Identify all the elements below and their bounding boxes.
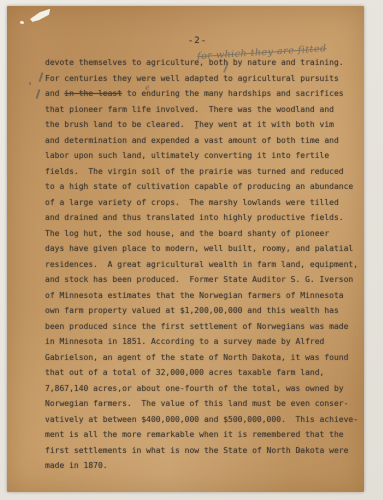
typed-text: days have given place to modern, well bu… [45,244,353,253]
typed-text: 7,867,140 acres,or about one-fourth of t… [45,384,344,393]
pencil-margin-mark [35,89,40,99]
typed-line: ment is all the more remarkable when it … [45,427,360,443]
typed-text: labor upon such land, ultimately convert… [45,151,329,160]
typed-line: and drained and thus translated into hig… [45,210,360,226]
typed-text: For centuries they were well adapted to … [45,74,339,83]
typed-text: ment is all the more remarkable when it … [45,430,344,439]
typed-text: been produced since the first settlement… [45,322,348,331]
pencil-margin-mark [38,72,43,82]
typed-line: vatively at between $400,000,000 and $50… [45,412,360,428]
typed-text: made in 1870. [45,461,108,470]
typed-line: For centuries they were well adapted to … [45,71,360,87]
paper-speck [195,127,198,129]
typed-line: that pioneer farm life involved. There w… [45,102,360,118]
struck-text: in the least [64,89,122,98]
typed-line: 7,867,140 acres,or about one-fourth of t… [45,381,360,397]
typed-body: devote themselves to agriculture, both b… [45,55,360,474]
typed-line: that out of a total of 32,000,000 acres … [45,365,360,381]
document-page: -2- for which they are fitted e devote t… [7,6,364,492]
typed-text: to a high state of cultivation capable o… [45,182,353,191]
typed-text: The log hut, the sod house, and the boar… [45,229,329,238]
typed-line: residences. A great agricultural wealth … [45,257,360,273]
typed-line: devote themselves to agriculture, both b… [45,55,360,71]
typed-text: first settlements in what is now the Sta… [45,446,348,455]
typed-text: that pioneer farm life involved. There w… [45,105,334,114]
typed-line: Norwegian farmers. The value of this lan… [45,396,360,412]
typed-line: made in 1870. [45,458,360,474]
typed-text: of a large variety of crops. The marshy … [45,198,339,207]
typed-text: own farm property valued at $1,200,00,00… [45,306,339,315]
typed-text: Gabrielson, an agent of the state of Nor… [45,353,348,362]
typed-line: The log hut, the sod house, and the boar… [45,226,360,242]
typed-line: first settlements in what is now the Sta… [45,443,360,459]
typed-text: devote themselves to agriculture, both b… [45,58,344,67]
typed-line: of Minnesota estimates that the Norwegia… [45,288,360,304]
typed-line: Gabrielson, an agent of the state of Nor… [45,350,360,366]
typed-line: and stock has been produced. Former Stat… [45,272,360,288]
typed-text: and [45,89,64,98]
typed-text: vatively at between $400,000,000 and $50… [45,415,358,424]
typed-line: labor upon such land, ultimately convert… [45,148,360,164]
typed-text: and determination and expended a vast am… [45,136,339,145]
typed-line: been produced since the first settlement… [45,319,360,335]
typed-text: and stock has been produced. Former Stat… [45,275,353,284]
typed-text: of Minnesota estimates that the Norwegia… [45,291,344,300]
typed-line: the brush land to be cleared. They went … [45,117,360,133]
typed-text: that out of a total of 32,000,000 acres … [45,368,324,377]
typed-line: and in the least to enduring the many ha… [45,86,360,102]
typed-text: residences. A great agricultural wealth … [45,260,358,269]
scan-background: -2- for which they are fitted e devote t… [0,0,383,500]
typed-line: of a large variety of crops. The marshy … [45,195,360,211]
paper-tear [26,9,51,24]
typed-line: in Minnesota in 1851. According to a sur… [45,334,360,350]
typed-text: and drained and thus translated into hig… [45,213,344,222]
typed-line: to a high state of cultivation capable o… [45,179,360,195]
typed-line: own farm property valued at $1,200,00,00… [45,303,360,319]
pencil-margin-dot [29,82,31,85]
typed-line: and determination and expended a vast am… [45,133,360,149]
typed-text: fields. The virgin soil of the prairie w… [45,167,344,176]
typed-text: the brush land to be cleared. They went … [45,120,334,129]
typed-line: days have given place to modern, well bu… [45,241,360,257]
typed-text: Norwegian farmers. The value of this lan… [45,399,348,408]
typed-text: in Minnesota in 1851. According to a sur… [45,337,324,346]
typed-text: to enduring the many hardships and sacri… [122,89,344,98]
typed-line: fields. The virgin soil of the prairie w… [45,164,360,180]
paper-tear-speck [20,20,25,24]
